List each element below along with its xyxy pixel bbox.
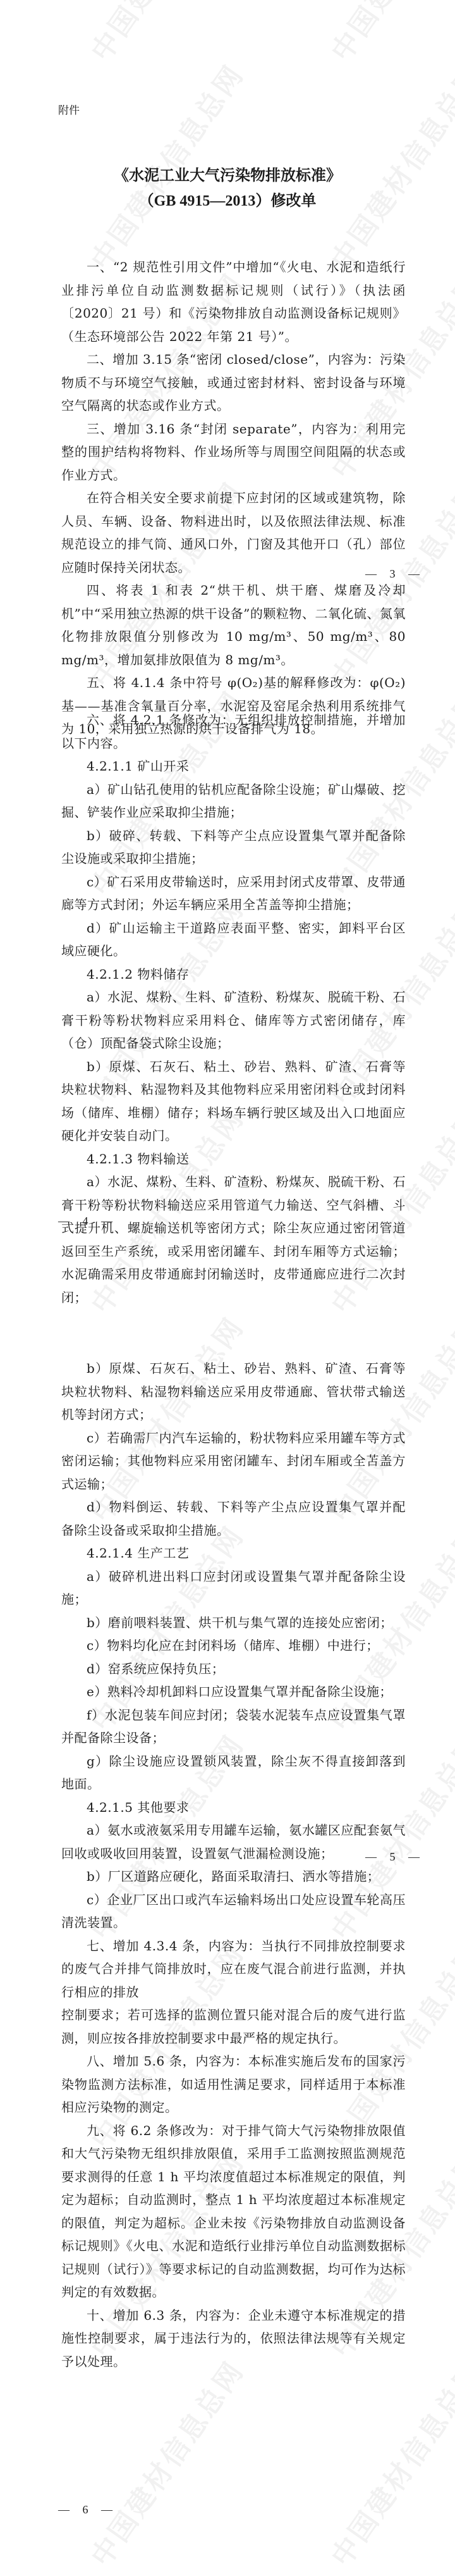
page-6: 控制要求；若可选择的监测位置只能对混合后的废气进行监测，则应按各排放控制要求中最… <box>0 2003 455 2560</box>
list-item: b）磨前喂料装置、烘干机与集气罩的连接处应密闭； <box>61 1611 406 1635</box>
list-item: d）窑系统应保持负压； <box>61 1657 406 1681</box>
list-item: a）破碎机进出料口应封闭或设置集气罩并配备除尘设施； <box>61 1565 406 1611</box>
list-item: d）矿山运输主干道路应表面平整、密实，卸料平台区域应硬化。 <box>61 917 406 963</box>
list-item: a）矿山钻孔使用的钻机应配备除尘设施；矿山爆破、挖掘、铲装作业应采取抑尘措施； <box>61 778 406 824</box>
paragraph: 九、将 6.2 条修改为：对于排气筒大气污染物排放限值和大气污染物无组织排放限值… <box>61 2119 406 2304</box>
section-heading: 4.2.1.3 物料输送 <box>61 1148 406 1171</box>
page-number: — 3 — <box>365 567 425 581</box>
list-item: e）熟料冷却机卸料口应设置集气罩并配备除尘设施； <box>61 1680 406 1704</box>
page-body: 一、“2 规范性引用文件”中增加“《火电、水泥和造纸行业排污单位自动监测数据标记… <box>61 256 406 741</box>
list-item: d）物料倒运、转载、下料等产尘点应设置集气罩并配备除尘设备或采取抑尘措施。 <box>61 1495 406 1542</box>
list-item: c）企业厂区出口或汽车运输料场出口处应设置车轮高压清洗装置。 <box>61 1888 406 1935</box>
section-heading: 4.2.1.1 矿山开采 <box>61 755 406 778</box>
list-item: a）水泥、煤粉、生料、矿渣粉、粉煤灰、脱硫干粉、石膏干粉等粉状物料应采用料仓、储… <box>61 986 406 1055</box>
list-item: b）原煤、石灰石、粘土、砂岩、熟料、矿渣、石膏等块粒状物料、粘湿物料输送应采用皮… <box>61 1357 406 1427</box>
paragraph: 四、将表 1 和表 2“烘干机、烘干磨、煤磨及冷却机”中“采用独立热源的烘干设备… <box>61 579 406 671</box>
page-body: b）原煤、石灰石、粘土、砂岩、熟料、矿渣、石膏等块粒状物料、粘湿物料输送应采用皮… <box>61 1357 406 2003</box>
paragraph: 三、增加 3.16 条“封闭 separate”，内容为：利用完整的围护结构将物… <box>61 418 406 487</box>
list-item: c）矿石采用皮带输送时，应采用封闭式皮带罩、皮带通廊等方式封闭；外运车辆应采用全… <box>61 870 406 917</box>
attachment-label: 附件 <box>58 101 80 117</box>
section-heading: 4.2.1.2 物料储存 <box>61 963 406 986</box>
paragraph: 六、将 4.2.1 条修改为：无组织排放控制措施，并增加以下内容。 <box>61 709 406 755</box>
list-item: c）物料均化应在封闭料场（储库、堆棚）中进行； <box>61 1634 406 1657</box>
section-heading: 4.2.1.4 生产工艺 <box>61 1542 406 1565</box>
title-line-1: 《水泥工业大气污染物排放标准》 <box>0 163 455 189</box>
page-number: — 5 — <box>365 1850 425 1864</box>
paragraph: 控制要求；若可选择的监测位置只能对混合后的废气进行监测，则应按各排放控制要求中最… <box>61 2003 406 2050</box>
document-title: 《水泥工业大气污染物排放标准》 （GB 4915—2013）修改单 <box>0 163 455 214</box>
section-heading: 4.2.1.5 其他要求 <box>61 1796 406 1819</box>
list-item: a）水泥、煤粉、生料、矿渣粉、粉煤灰、脱硫干粉、石膏干粉等粉状物料输送应采用管道… <box>61 1170 406 1309</box>
paragraph: 一、“2 规范性引用文件”中增加“《火电、水泥和造纸行业排污单位自动监测数据标记… <box>61 256 406 348</box>
list-item: f）水泥包装车间应封闭；袋装水泥装车点应设置集气罩并配备除尘设备； <box>61 1704 406 1750</box>
list-item: c）若确需厂内汽车运输的，粉状物料应采用罐车等方式密闭运输；其他物料应采用密闭罐… <box>61 1427 406 1496</box>
paragraph: 八、增加 5.6 条，内容为：本标准实施后发布的国家污染物监测方法标准，如适用性… <box>61 2050 406 2119</box>
paragraph: 七、增加 4.3.4 条，内容为：当执行不同排放控制要求的废气合并排气筒排放时，… <box>61 1935 406 2004</box>
page-number: — 4 — <box>58 1215 118 1228</box>
title-line-2: （GB 4915—2013）修改单 <box>0 189 455 214</box>
list-item: g）除尘设施应设置锁风装置，除尘灰不得直接卸落到地面。 <box>61 1750 406 1796</box>
page-4: 六、将 4.2.1 条修改为：无组织排放控制措施，并增加以下内容。 4.2.1.… <box>0 709 455 1240</box>
list-item: b）厂区道路应硬化，路面采取清扫、洒水等措施； <box>61 1865 406 1888</box>
paragraph: 在符合相关安全要求前提下应封闭的区域或建筑物，除人员、车辆、设备、物料进出时，以… <box>61 486 406 579</box>
paragraph: 十、增加 6.3 条，内容为：企业未遵守本标准规定的措施性控制要求，属于违法行为… <box>61 2304 406 2374</box>
page-number: — 6 — <box>58 2503 118 2517</box>
list-item: a）氨水或液氨采用专用罐车运输，氨水罐区应配套氨气回收或吸收回用装置，设置氨气泄… <box>61 1819 406 1865</box>
page-body: 控制要求；若可选择的监测位置只能对混合后的废气进行监测，则应按各排放控制要求中最… <box>61 2003 406 2373</box>
list-item: b）原煤、石灰石、粘土、砂岩、熟料、矿渣、石膏等块粒状物料、粘湿物料及其他物料应… <box>61 1055 406 1148</box>
list-item: b）破碎、转载、下料等产尘点应设置集气罩并配备除尘设施或采取抑尘措施； <box>61 824 406 870</box>
paragraph: 二、增加 3.15 条“密闭 closed/close”，内容为：污染物质不与环… <box>61 348 406 418</box>
page-5: b）原煤、石灰石、粘土、砂岩、熟料、矿渣、石膏等块粒状物料、粘湿物料输送应采用皮… <box>0 1357 455 1876</box>
page-3: 附件 《水泥工业大气污染物排放标准》 （GB 4915—2013）修改单 一、“… <box>0 0 455 595</box>
